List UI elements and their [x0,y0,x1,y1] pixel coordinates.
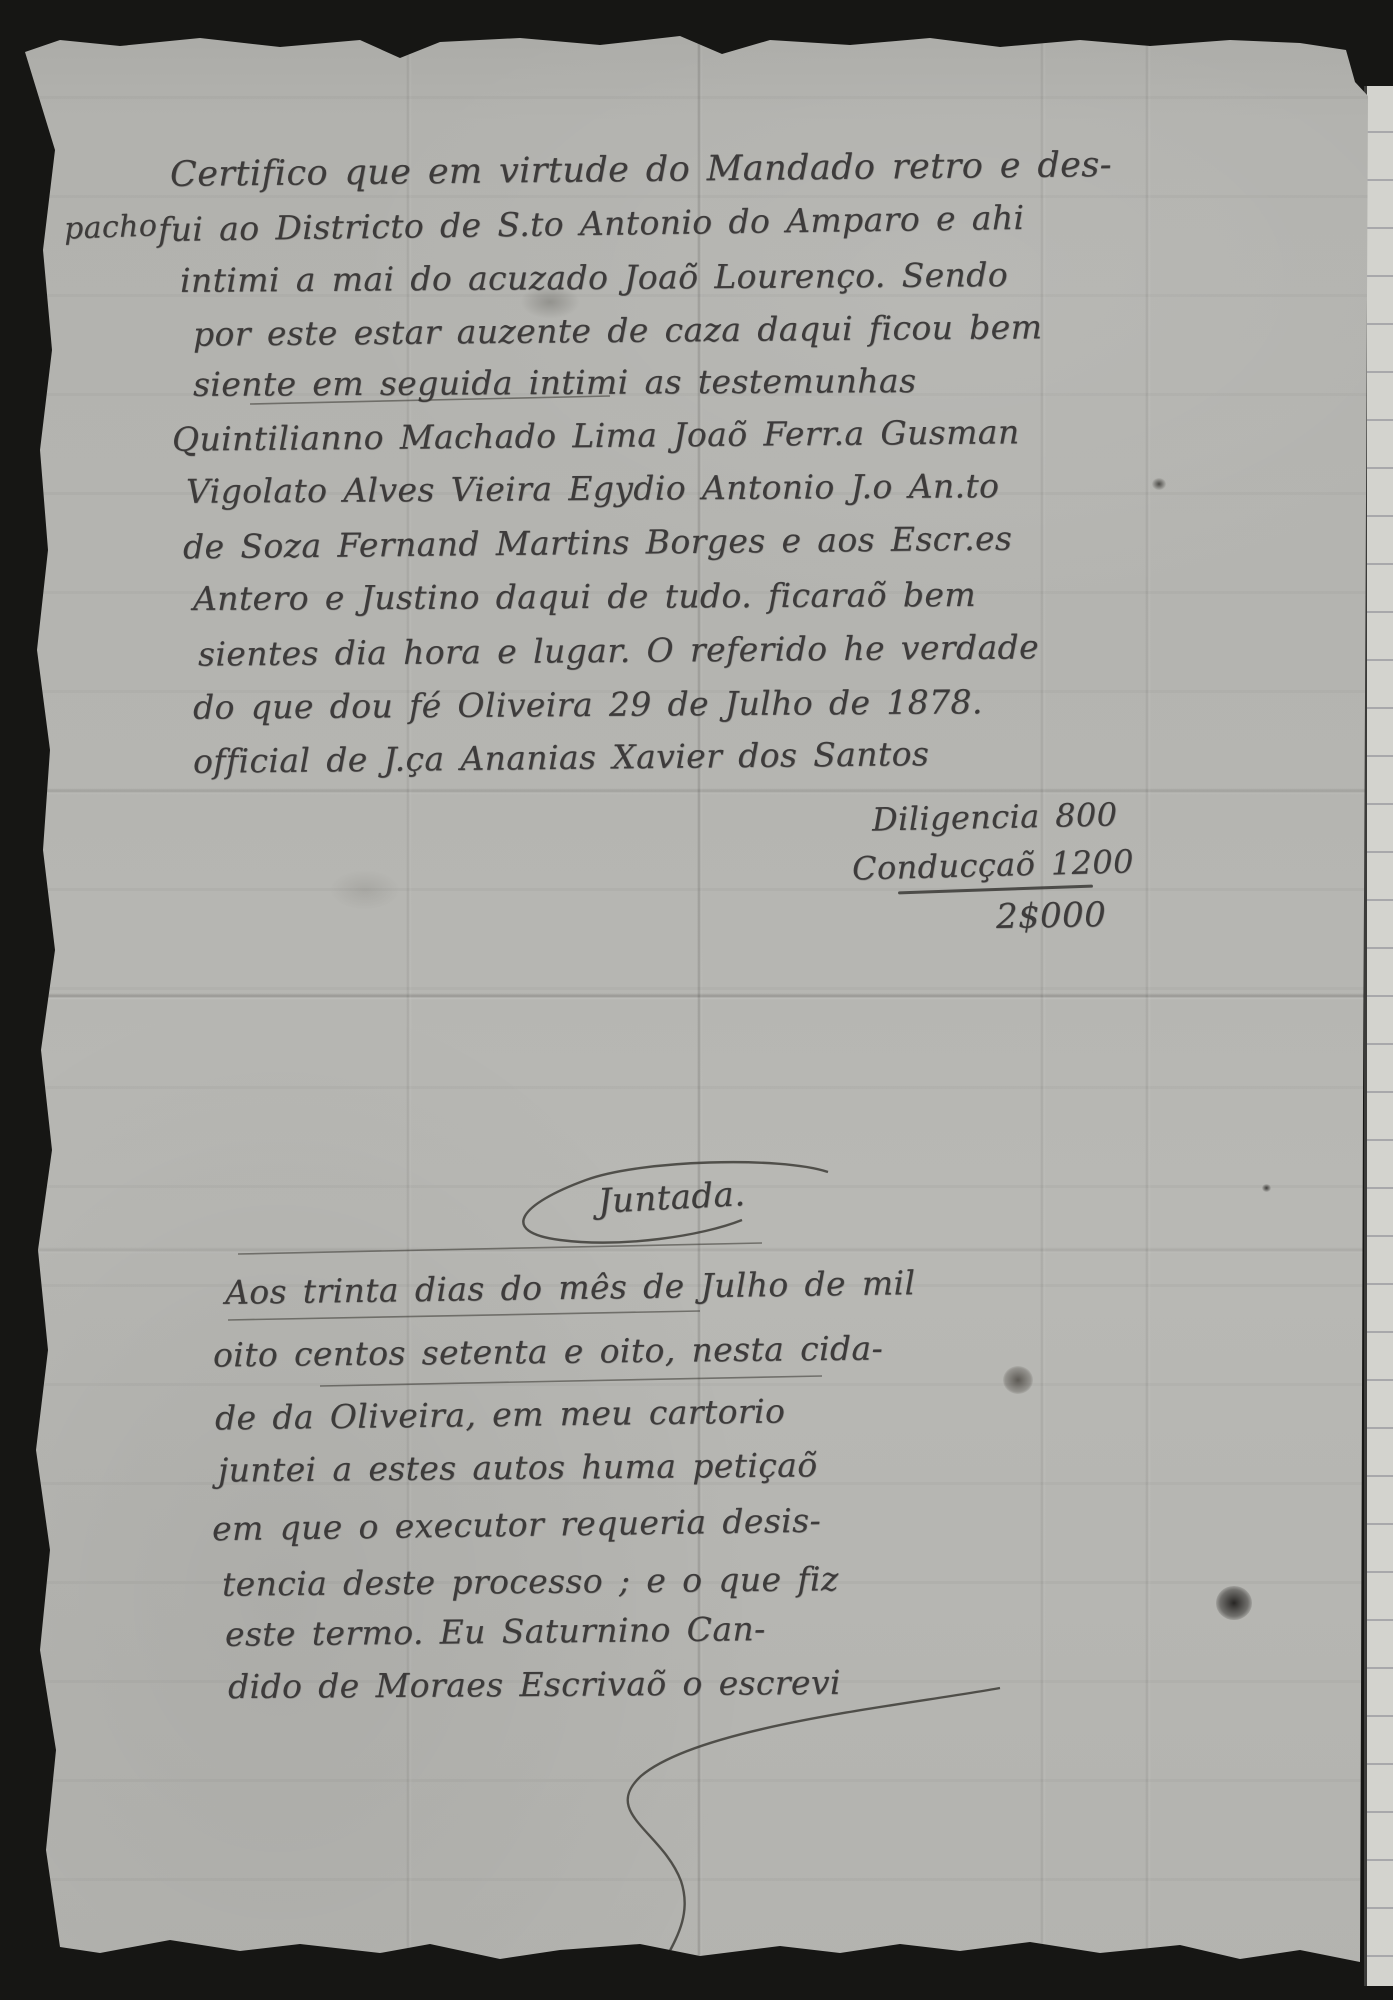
juntada-line: dido de Moraes Escrivaõ o escrevi [228,1663,841,1706]
fee-line-conducao: Conducçaõ 1200 [852,842,1135,887]
certificate-line: Quintilianno Machado Lima Joaõ Ferr.a Gu… [172,412,1020,458]
fee-sum-rule [898,885,1093,895]
certificate-line: official de J.ça Ananias Xavier dos Sant… [193,734,930,781]
certificate-line: intimi a mai do acuzado Joaõ Lourenço. S… [180,255,1008,300]
margin-word: pacho [63,208,157,246]
certificate-line: por este estar auzente de caza daqui fic… [193,307,1043,353]
ink-dot [1262,1184,1271,1192]
paper-stain [330,870,400,910]
certificate-line: siente em seguida intimi as testemunhas [193,361,917,404]
certificate-line: Antero e Justino daqui de tudo. ficaraõ … [193,575,976,618]
juntada-line: juntei a estes autos huma petiçaõ [218,1445,818,1489]
certificate-line: Vigolato Alves Vieira Egydio Antonio J.o… [186,466,1000,511]
certificate-line: do que dou fé Oliveira 29 de Julho de 18… [193,682,983,727]
scanned-manuscript: pacho Certifico que em virtude do Mandad… [0,0,1393,2000]
manuscript-paper: pacho Certifico que em virtude do Mandad… [0,0,1393,2000]
certificate-line: fui ao Districto de S.to Antonio do Ampa… [158,198,1025,249]
ink-blob [1003,1366,1033,1394]
fee-total: 2$000 [996,895,1107,937]
certificate-line: Certifico que em virtude do Mandado retr… [170,145,1112,195]
juntada-line: este termo. Eu Saturnino Can- [225,1609,766,1654]
juntada-line: oito centos setenta e oito, nesta cida- [213,1328,883,1374]
certificate-line: de Soza Fernand Martins Borges e aos Esc… [183,519,1013,567]
juntada-line: Aos trinta dias do mês de Julho de mil [225,1263,916,1312]
fee-line-diligencia: Diligencia 800 [872,795,1118,838]
ink-dot [1152,478,1166,490]
vertical-crease [1145,40,1151,1960]
certificate-line: sientes dia hora e lugar. O referido he … [198,627,1039,673]
juntada-line: de da Oliveira, em meu cartorio [215,1392,786,1438]
juntada-line: tencia deste processo ; e o que fiz [222,1559,839,1603]
ink-blot [1216,1586,1252,1620]
underlying-page-edge [1364,86,1393,1986]
juntada-heading: Juntada. [597,1174,746,1222]
juntada-line: em que o executor requeria desis- [212,1501,821,1548]
